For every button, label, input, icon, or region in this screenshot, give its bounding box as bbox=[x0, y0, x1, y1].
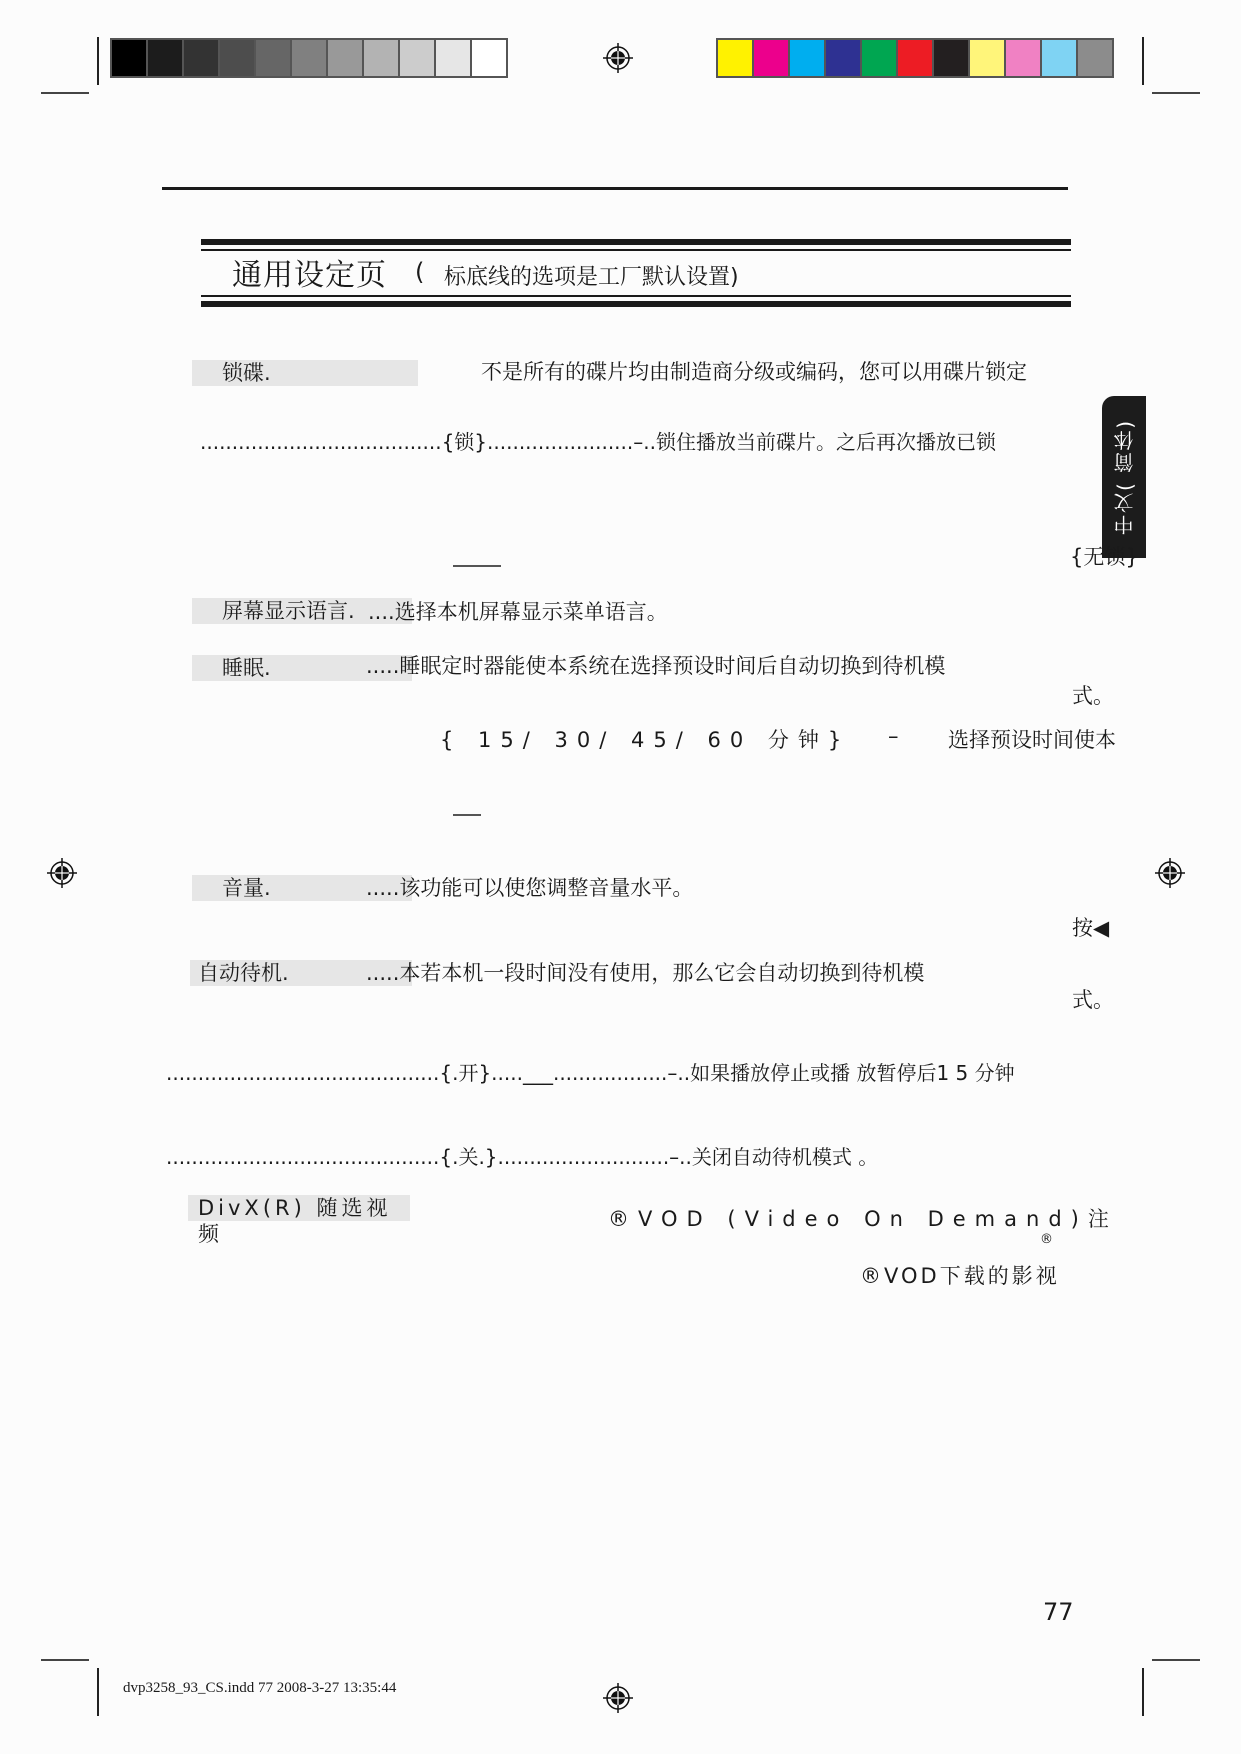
disc-lock-description: 不是所有的碟片均由制造商分级或编码，您可以用碟片锁定 bbox=[481, 356, 1027, 386]
color-swatch bbox=[1042, 40, 1076, 76]
osd-language-description: ....选择本机屏幕显示菜单语言。 bbox=[368, 596, 668, 626]
color-swatch bbox=[436, 40, 470, 76]
auto-standby-option-off: ........................................… bbox=[166, 1141, 878, 1170]
color-swatch bbox=[754, 40, 788, 76]
color-swatch bbox=[292, 40, 326, 76]
page-number: 77 bbox=[1043, 1598, 1074, 1626]
auto-standby-description: .....本若本机一段时间没有使用，那么它会自动切换到待机模 bbox=[366, 957, 924, 987]
registration-mark-icon bbox=[47, 858, 77, 888]
registration-mark-icon bbox=[603, 43, 633, 73]
divx-vod-description: ®VOD (Video On Demand)注 bbox=[608, 1203, 1118, 1233]
disc-lock-label: 锁碟. bbox=[192, 360, 418, 386]
page-title: 通用设定页 bbox=[232, 250, 387, 294]
volume-press-left: 按◀ bbox=[1072, 912, 1109, 942]
registration-mark-icon bbox=[1155, 858, 1185, 888]
auto-standby-description-cont: 式。 bbox=[1072, 984, 1114, 1014]
color-swatch bbox=[184, 40, 218, 76]
registration-mark-icon bbox=[603, 1683, 633, 1713]
crop-mark-top-left-h bbox=[41, 92, 89, 94]
print-slug: dvp3258_93_CS.indd 77 2008-3-27 13:35:44 bbox=[123, 1680, 396, 1697]
divx-vod-line2: ®VOD下载的影视 bbox=[860, 1260, 1060, 1290]
color-swatch bbox=[148, 40, 182, 76]
header-rule-bottom-thin bbox=[201, 295, 1071, 297]
color-swatch bbox=[220, 40, 254, 76]
color-swatch bbox=[790, 40, 824, 76]
header-rule-top-thick bbox=[201, 239, 1071, 245]
sleep-dash bbox=[453, 814, 481, 816]
color-swatch bbox=[970, 40, 1004, 76]
disc-lock-option-lock: ......................................{锁… bbox=[200, 426, 996, 455]
color-swatch bbox=[256, 40, 290, 76]
sleep-description: .....睡眠定时器能使本系统在选择预设时间后自动切换到待机模 bbox=[366, 650, 945, 680]
crop-mark-bottom-left-h bbox=[41, 1659, 89, 1661]
color-swatch bbox=[328, 40, 362, 76]
volume-description: .....该功能可以使您调整音量水平。 bbox=[366, 872, 693, 902]
language-tab-label: 中文( 简体) bbox=[1110, 419, 1139, 535]
color-calibration-bar bbox=[716, 38, 1114, 78]
crop-mark-top-right-h bbox=[1152, 92, 1200, 94]
crop-mark-bottom-left-v bbox=[97, 1668, 99, 1716]
color-swatch bbox=[718, 40, 752, 76]
crop-mark-top-right-v bbox=[1142, 37, 1144, 85]
sleep-options-dash: – bbox=[888, 724, 899, 748]
color-swatch bbox=[112, 40, 146, 76]
crop-mark-bottom-right-v bbox=[1142, 1668, 1144, 1716]
grayscale-calibration-bar bbox=[110, 38, 508, 78]
color-swatch bbox=[826, 40, 860, 76]
color-swatch bbox=[862, 40, 896, 76]
color-swatch bbox=[934, 40, 968, 76]
crop-mark-top-left-v bbox=[97, 37, 99, 85]
divx-vod-label: DivX(R) 随选视频 bbox=[188, 1195, 410, 1221]
sleep-description-cont: 式。 bbox=[1072, 680, 1114, 710]
auto-standby-option-on: ........................................… bbox=[166, 1057, 1015, 1086]
disc-lock-option-unlock: {无锁} bbox=[1070, 541, 1139, 571]
header-rule-bottom-thick bbox=[201, 301, 1071, 307]
title-open-paren: ( bbox=[415, 258, 424, 286]
sleep-options: { 15/ 30/ 45/ 60 分钟} bbox=[440, 724, 850, 754]
crop-mark-bottom-right-h bbox=[1152, 1659, 1200, 1661]
divx-vod-reg-mark: ® bbox=[1040, 1232, 1053, 1247]
top-rule bbox=[162, 187, 1068, 190]
sleep-options-description: 选择预设时间使本 bbox=[948, 724, 1116, 754]
color-swatch bbox=[898, 40, 932, 76]
color-swatch bbox=[364, 40, 398, 76]
color-swatch bbox=[1006, 40, 1040, 76]
language-tab: 中文( 简体) bbox=[1102, 396, 1146, 558]
disc-lock-dash bbox=[453, 565, 501, 567]
page-subtitle: 标底线的选项是工厂默认设置) bbox=[444, 260, 739, 291]
color-swatch bbox=[400, 40, 434, 76]
color-swatch bbox=[472, 40, 506, 76]
color-swatch bbox=[1078, 40, 1112, 76]
